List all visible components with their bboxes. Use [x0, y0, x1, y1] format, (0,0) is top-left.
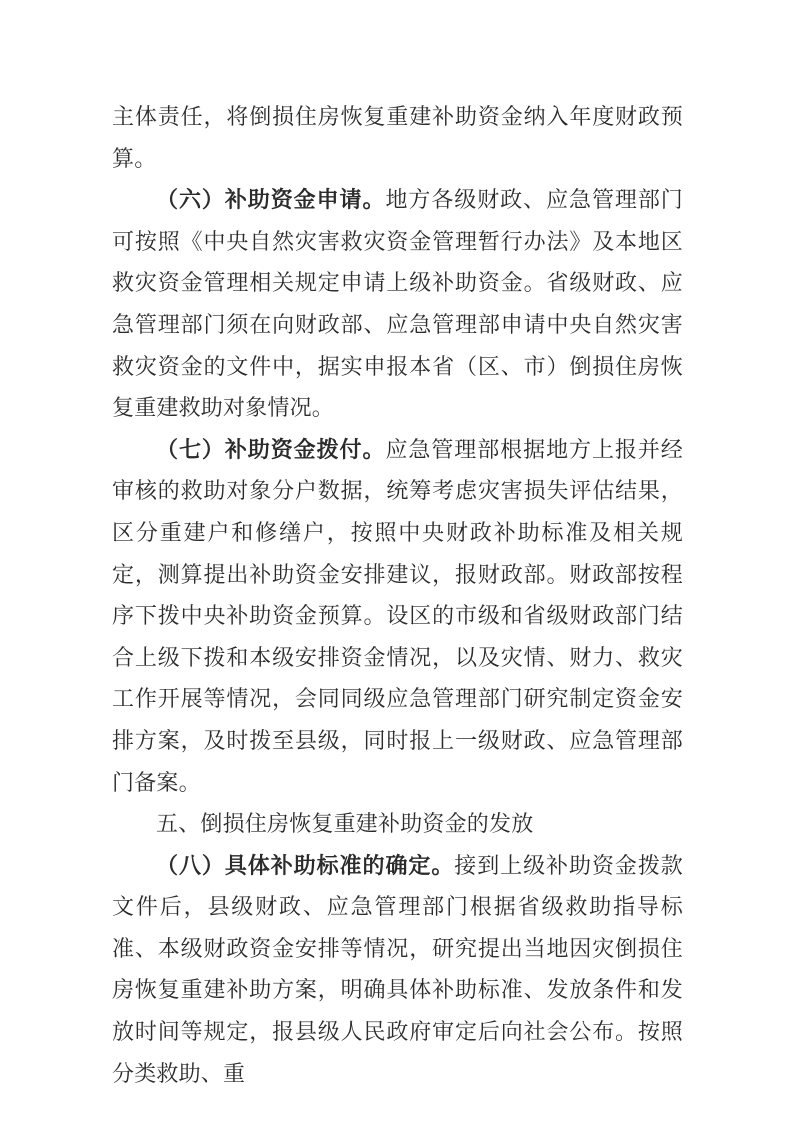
paragraph-section-6: （六）补助资金申请。地方各级财政、应急管理部门可按照《中央自然灾害救灾资金管理暂…: [112, 179, 683, 429]
section-7-body: 应急管理部根据地方上报并经审核的救助对象分户数据，统筹考虑灾害损失评估结果，区分…: [112, 437, 683, 795]
document-page: 主体责任，将倒损住房恢复重建补助资金纳入年度财政预算。 （六）补助资金申请。地方…: [0, 0, 793, 1122]
chapter-5-heading-text: 五、倒损住房恢复重建补助资金的发放: [156, 811, 533, 836]
paragraph-continuation: 主体责任，将倒损住房恢复重建补助资金纳入年度财政预算。: [112, 96, 683, 179]
section-7-heading: （七）补助资金拨付。: [156, 437, 385, 462]
section-8-heading: （八）具体补助标准的确定。: [156, 853, 454, 878]
paragraph-section-8: （八）具体补助标准的确定。接到上级补助资金拨款文件后，县级财政、应急管理部门根据…: [112, 845, 683, 1095]
document-content: 主体责任，将倒损住房恢复重建补助资金纳入年度财政预算。 （六）补助资金申请。地方…: [112, 96, 683, 1094]
paragraph-section-7: （七）补助资金拨付。应急管理部根据地方上报并经审核的救助对象分户数据，统筹考虑灾…: [112, 429, 683, 803]
chapter-5-heading: 五、倒损住房恢复重建补助资金的发放: [112, 803, 683, 845]
section-6-body: 地方各级财政、应急管理部门可按照《中央自然灾害救灾资金管理暂行办法》及本地区救灾…: [112, 187, 683, 420]
section-6-heading: （六）补助资金申请。: [156, 187, 385, 212]
paragraph-text: 主体责任，将倒损住房恢复重建补助资金纳入年度财政预算。: [112, 104, 683, 171]
section-8-body: 接到上级补助资金拨款文件后，县级财政、应急管理部门根据省级救助指导标准、本级财政…: [112, 853, 683, 1086]
